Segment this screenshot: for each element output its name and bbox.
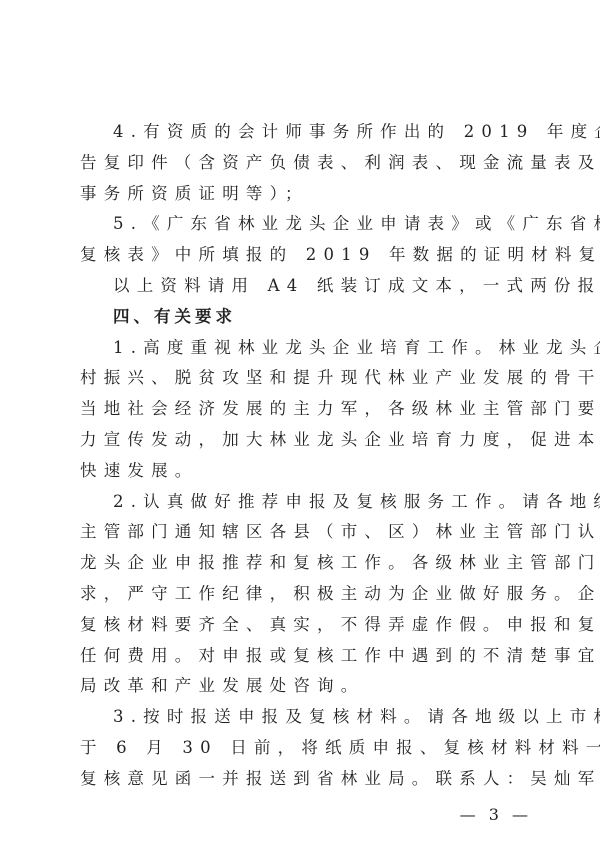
text-line: 2.认真做好推荐申报及复核服务工作。请各地级以上市林业 (80, 487, 536, 518)
document-page: 4.有资质的会计师事务所作出的 2019 年度企业财务审计报 告复印件（含资产负… (0, 0, 600, 848)
text-line: 快速发展。 (80, 456, 536, 487)
text-line: 村振兴、脱贫攻坚和提升现代林业产业发展的骨干力量，是推动 (80, 363, 536, 394)
section-heading: 四、有关要求 (80, 302, 536, 333)
document-body: 4.有资质的会计师事务所作出的 2019 年度企业财务审计报 告复印件（含资产负… (80, 117, 536, 795)
text-line: 局改革和产业发展处咨询。 (80, 671, 536, 702)
text-line: 3.按时报送申报及复核材料。请各地级以上市林业主管部门 (80, 702, 536, 733)
text-line: 事务所资质证明等）； (80, 179, 536, 210)
text-line: 复核材料要齐全、真实，不得弄虚作假。申报和复核工作不收取 (80, 610, 536, 641)
text-line: 力宣传发动，加大林业龙头企业培育力度，促进本地区林业产业 (80, 425, 536, 456)
text-line: 当地社会经济发展的主力军，各级林业主管部门要精心组织，大 (80, 394, 536, 425)
text-line: 复核意见函一并报送到省林业局。联系人：吴灿军，联系电话： (80, 764, 536, 795)
text-line: 求，严守工作纪律，积极主动为企业做好服务。企业提交的申报、 (80, 579, 536, 610)
text-line: 1.高度重视林业龙头企业培育工作。林业龙头企业是推动乡 (80, 333, 536, 364)
page-number: — 3 — (460, 805, 532, 824)
text-line: 告复印件（含资产负债表、利润表、现金流量表及附注、会计师 (80, 148, 536, 179)
text-line: 龙头企业申报推荐和复核工作。各级林业主管部门要严格标准要 (80, 548, 536, 579)
text-line: 4.有资质的会计师事务所作出的 2019 年度企业财务审计报 (80, 117, 536, 148)
text-line: 任何费用。对申报或复核工作中遇到的不清楚事宜请至电省林业 (80, 641, 536, 672)
text-line: 于 6 月 30 日前，将纸质申报、复核材料材料一式两份和推荐申报 (80, 733, 536, 764)
text-line: 复核表》中所填报的 2019 年数据的证明材料复印件。 (80, 240, 536, 271)
text-line: 5.《广东省林业龙头企业申请表》或《广东省林业龙头企业 (80, 209, 536, 240)
text-line: 以上资料请用 A4 纸装订成文本，一式两份报送到省林业局。 (80, 271, 536, 302)
text-line: 主管部门通知辖区各县（市、区）林业主管部门认真做好省林业 (80, 517, 536, 548)
